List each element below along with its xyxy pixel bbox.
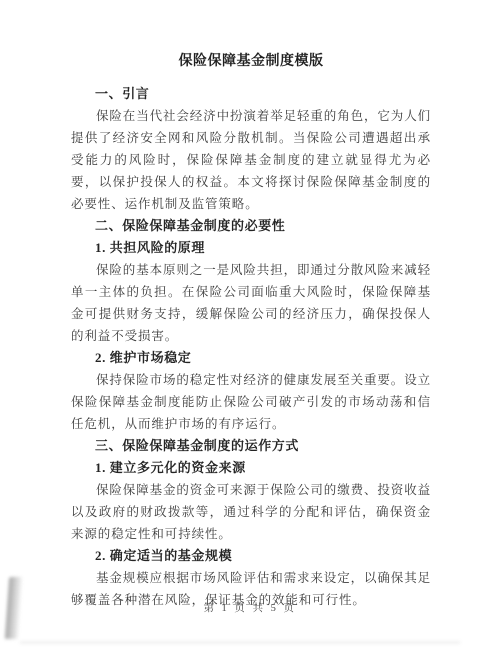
subheading-risk-sharing: 1. 共担风险的原理 xyxy=(71,237,431,259)
paragraph-funding-sources: 保险保障基金的资金可来源于保险公司的缴费、投资收益以及政府的财政拨款等，通过科学… xyxy=(71,479,431,545)
section-heading-necessity: 二、保险保障基金制度的必要性 xyxy=(71,215,431,237)
page-footer: 第 1 页 共 5 页 xyxy=(0,600,500,615)
subheading-funding-sources: 1. 建立多元化的资金来源 xyxy=(71,457,431,479)
subheading-fund-size: 2. 确定适当的基金规模 xyxy=(71,545,431,567)
document-title: 保险保障基金制度模版 xyxy=(71,50,431,74)
section-heading-operation: 三、保险保障基金制度的运作方式 xyxy=(71,435,431,457)
subheading-market-stability: 2. 维护市场稳定 xyxy=(71,347,431,369)
page-content: 保险保障基金制度模版 一、引言 保险在当代社会经济中扮演着举足轻重的角色，它为人… xyxy=(71,50,431,611)
section-heading-intro: 一、引言 xyxy=(71,83,431,105)
paragraph-risk-sharing: 保险的基本原则之一是风险共担，即通过分散风险来减轻单一主体的负担。在保险公司面临… xyxy=(71,259,431,347)
document-page: 保险保障基金制度模版 一、引言 保险在当代社会经济中扮演着举足轻重的角色，它为人… xyxy=(0,0,500,647)
paragraph-intro: 保险在当代社会经济中扮演着举足轻重的角色，它为人们提供了经济安全网和风险分散机制… xyxy=(71,105,431,215)
page-corner-shadow xyxy=(5,577,22,639)
paragraph-market-stability: 保持保险市场的稳定性对经济的健康发展至关重要。设立保险保障基金制度能防止保险公司… xyxy=(71,369,431,435)
page-bottom-shadow xyxy=(20,641,460,644)
